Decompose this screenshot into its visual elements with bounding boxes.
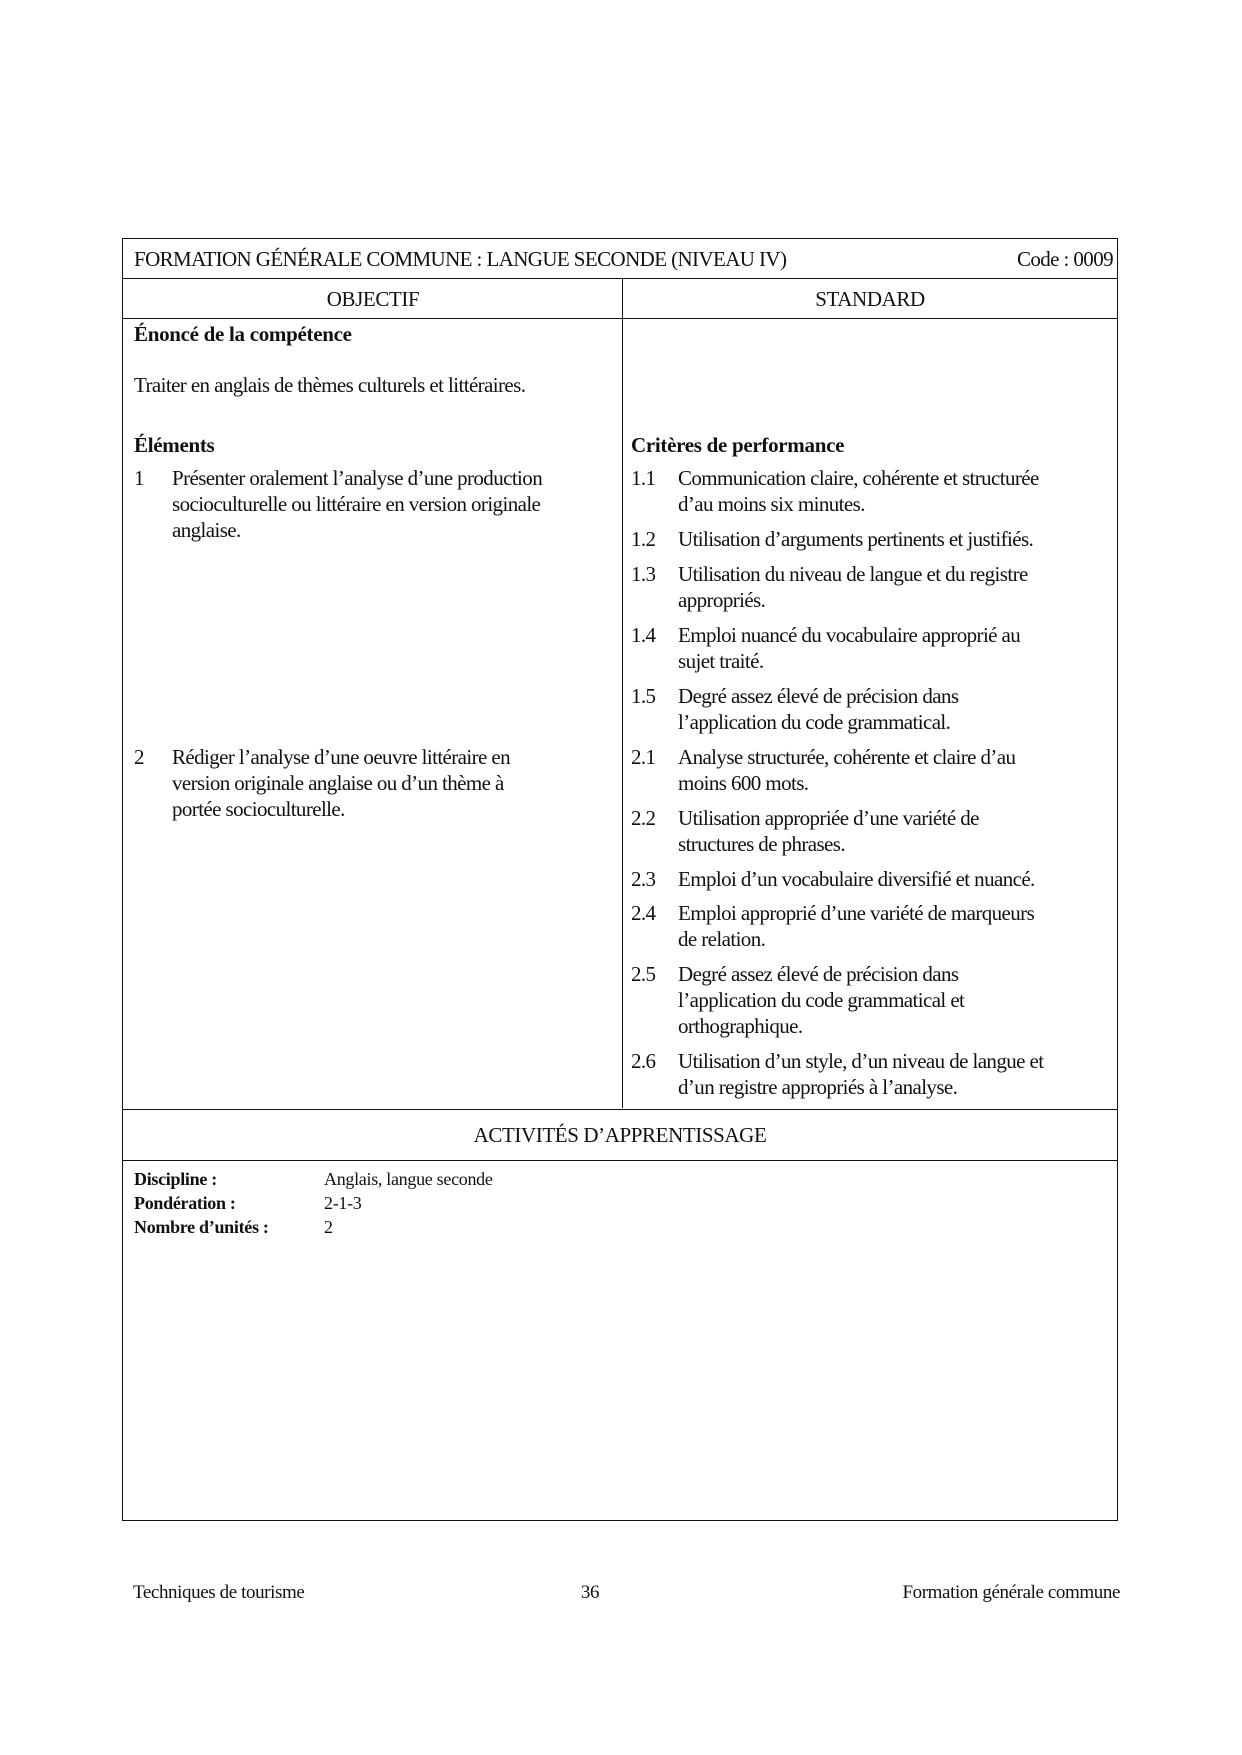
criterion-text: Degré assez élevé de précision dans l’ap…	[678, 683, 1123, 735]
field-discipline: Discipline : Anglais, langue seconde	[134, 1167, 734, 1191]
criterion-number: 1.5	[631, 683, 655, 709]
criterion-text: Utilisation d’arguments pertinents et ju…	[678, 526, 1123, 552]
criterion-text: Utilisation appropriée d’une variété de …	[678, 805, 1123, 857]
field-value: Anglais, langue seconde	[324, 1167, 493, 1191]
field-value: 2-1-3	[324, 1191, 362, 1215]
criterion-text: Utilisation d’un style, d’un niveau de l…	[678, 1048, 1123, 1100]
criterion-number: 2.5	[631, 961, 655, 987]
field-value: 2	[324, 1215, 333, 1239]
criterion-number: 1.3	[631, 561, 655, 587]
element-number: 2	[134, 744, 144, 770]
element-item-2: 2 Rédiger l’analyse d’une oeuvre littéra…	[134, 744, 624, 824]
criteria-heading: Critères de performance	[631, 432, 844, 458]
standard-header: STANDARD	[623, 279, 1117, 319]
competence-heading: Énoncé de la compétence	[134, 321, 352, 347]
criterion-number: 1.4	[631, 622, 655, 648]
objective-header: OBJECTIF	[123, 279, 623, 319]
column-divider	[622, 279, 623, 1108]
criterion-text: Emploi nuancé du vocabulaire approprié a…	[678, 622, 1123, 674]
criterion-number: 1.1	[631, 465, 655, 491]
criterion-text: Utilisation du niveau de langue et du re…	[678, 561, 1123, 613]
element-text: Présenter oralement l’analyse d’une prod…	[172, 465, 622, 543]
activities-heading: ACTIVITÉS D’APPRENTISSAGE	[123, 1110, 1117, 1161]
criterion-number: 2.2	[631, 805, 655, 831]
element-text: Rédiger l’analyse d’une oeuvre littérair…	[172, 744, 622, 822]
field-label: Pondération :	[134, 1191, 236, 1215]
footer-section: Formation générale commune	[902, 1580, 1120, 1606]
criterion-number: 2.1	[631, 744, 655, 770]
elements-heading: Éléments	[134, 432, 214, 458]
field-ponderation: Pondération : 2-1-3	[134, 1191, 734, 1215]
field-label: Nombre d’unités :	[134, 1215, 269, 1239]
criterion-text: Emploi approprié d’une variété de marque…	[678, 900, 1123, 952]
criterion-text: Analyse structurée, cohérente et claire …	[678, 744, 1123, 796]
criterion-number: 2.6	[631, 1048, 655, 1074]
competence-text: Traiter en anglais de thèmes culturels e…	[134, 372, 525, 398]
criterion-number: 2.3	[631, 866, 655, 892]
table-title: FORMATION GÉNÉRALE COMMUNE : LANGUE SECO…	[134, 246, 786, 272]
field-units: Nombre d’unités : 2	[134, 1215, 734, 1239]
criterion-text: Communication claire, cohérente et struc…	[678, 465, 1123, 517]
criterion-text: Emploi d’un vocabulaire diversifié et nu…	[678, 866, 1123, 892]
field-label: Discipline :	[134, 1167, 217, 1191]
element-number: 1	[134, 465, 144, 491]
criterion-number: 1.2	[631, 526, 655, 552]
course-code: Code : 0009	[1017, 246, 1113, 272]
criterion-text: Degré assez élevé de précision dans l’ap…	[678, 961, 1123, 1039]
element-item-1: 1 Présenter oralement l’analyse d’une pr…	[134, 465, 624, 545]
criterion-number: 2.4	[631, 900, 655, 926]
competency-table: FORMATION GÉNÉRALE COMMUNE : LANGUE SECO…	[122, 238, 1118, 1521]
